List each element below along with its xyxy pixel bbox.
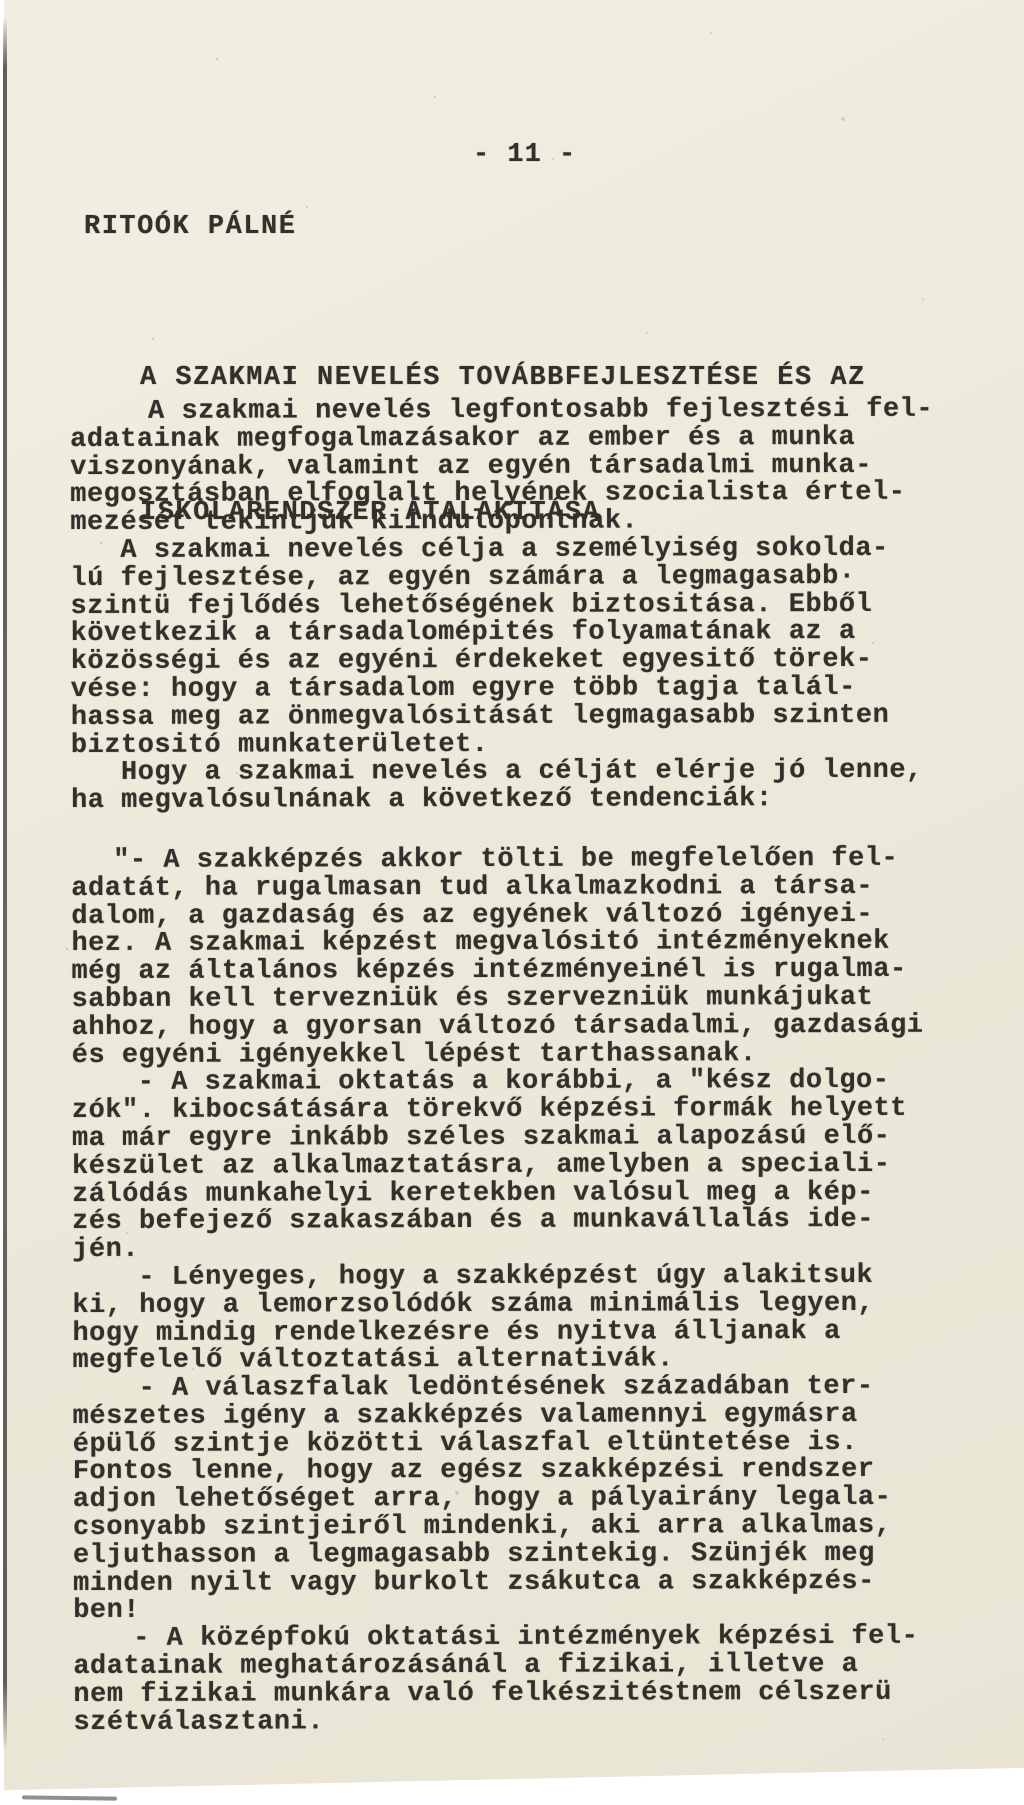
paragraph: A szakmai nevelés célja a személyiség so…	[70, 536, 983, 761]
paragraph: - A szakmai oktatás a korábbi, a "kész d…	[72, 1068, 985, 1265]
scan-edge-artifact-left	[3, 16, 7, 1752]
paragraph: - Lényeges, hogy a szakképzést úgy alaki…	[72, 1263, 984, 1377]
scan-edge-artifact-bottom	[22, 1795, 117, 1800]
text-line: ha megvalósulnának a következő tendenciá…	[71, 786, 983, 816]
page-number: - 11 -	[473, 140, 576, 170]
text-line: szétválasztani.	[73, 1707, 985, 1737]
text-line: ki, hogy a lemorzsolódók száma minimális…	[72, 1290, 984, 1320]
text-line: megosztásban elfoglalt helyének szociali…	[70, 480, 982, 510]
text-line: Hogy a szakmai nevelés a célját elérje j…	[71, 758, 983, 788]
text-line: hogy mindig rendelkezésre és nyitva állj…	[72, 1318, 984, 1348]
text-line: ahhoz, hogy a gyorsan változó társadalmi…	[72, 1012, 984, 1042]
text-line: zés befejező szakaszában és a munkaválla…	[72, 1207, 984, 1237]
paper-speckle-noise	[4, 0, 6, 2]
text-line: minden nyilt vagy burkolt zsákutca a sza…	[73, 1568, 985, 1598]
text-line: hassa meg az önmegvalósitását legmagasab…	[71, 702, 983, 732]
paragraph: - A középfokú oktatási intézmények képzé…	[73, 1624, 985, 1738]
text-line: nem fizikai munkára való felkészitéstnem…	[73, 1679, 985, 1709]
paragraph: A szakmai nevelés legfontosabb fejleszté…	[70, 397, 982, 538]
paragraph: - A válaszfalak ledöntésének századában …	[73, 1374, 986, 1627]
document-body: A szakmai nevelés legfontosabb fejleszté…	[70, 397, 986, 1738]
author-name: RITOÓK PÁLNÉ	[84, 212, 296, 242]
paragraph: Hogy a szakmai nevelés a célját elérje j…	[71, 758, 983, 816]
paragraph: "- A szakképzés akkor tölti be megfelelő…	[71, 846, 984, 1071]
paper-sheet: - 11 - RITOÓK PÁLNÉ A SZAKMAI NEVELÉS TO…	[4, 0, 1024, 1792]
scanned-page: - 11 - RITOÓK PÁLNÉ A SZAKMAI NEVELÉS TO…	[0, 0, 1024, 1805]
